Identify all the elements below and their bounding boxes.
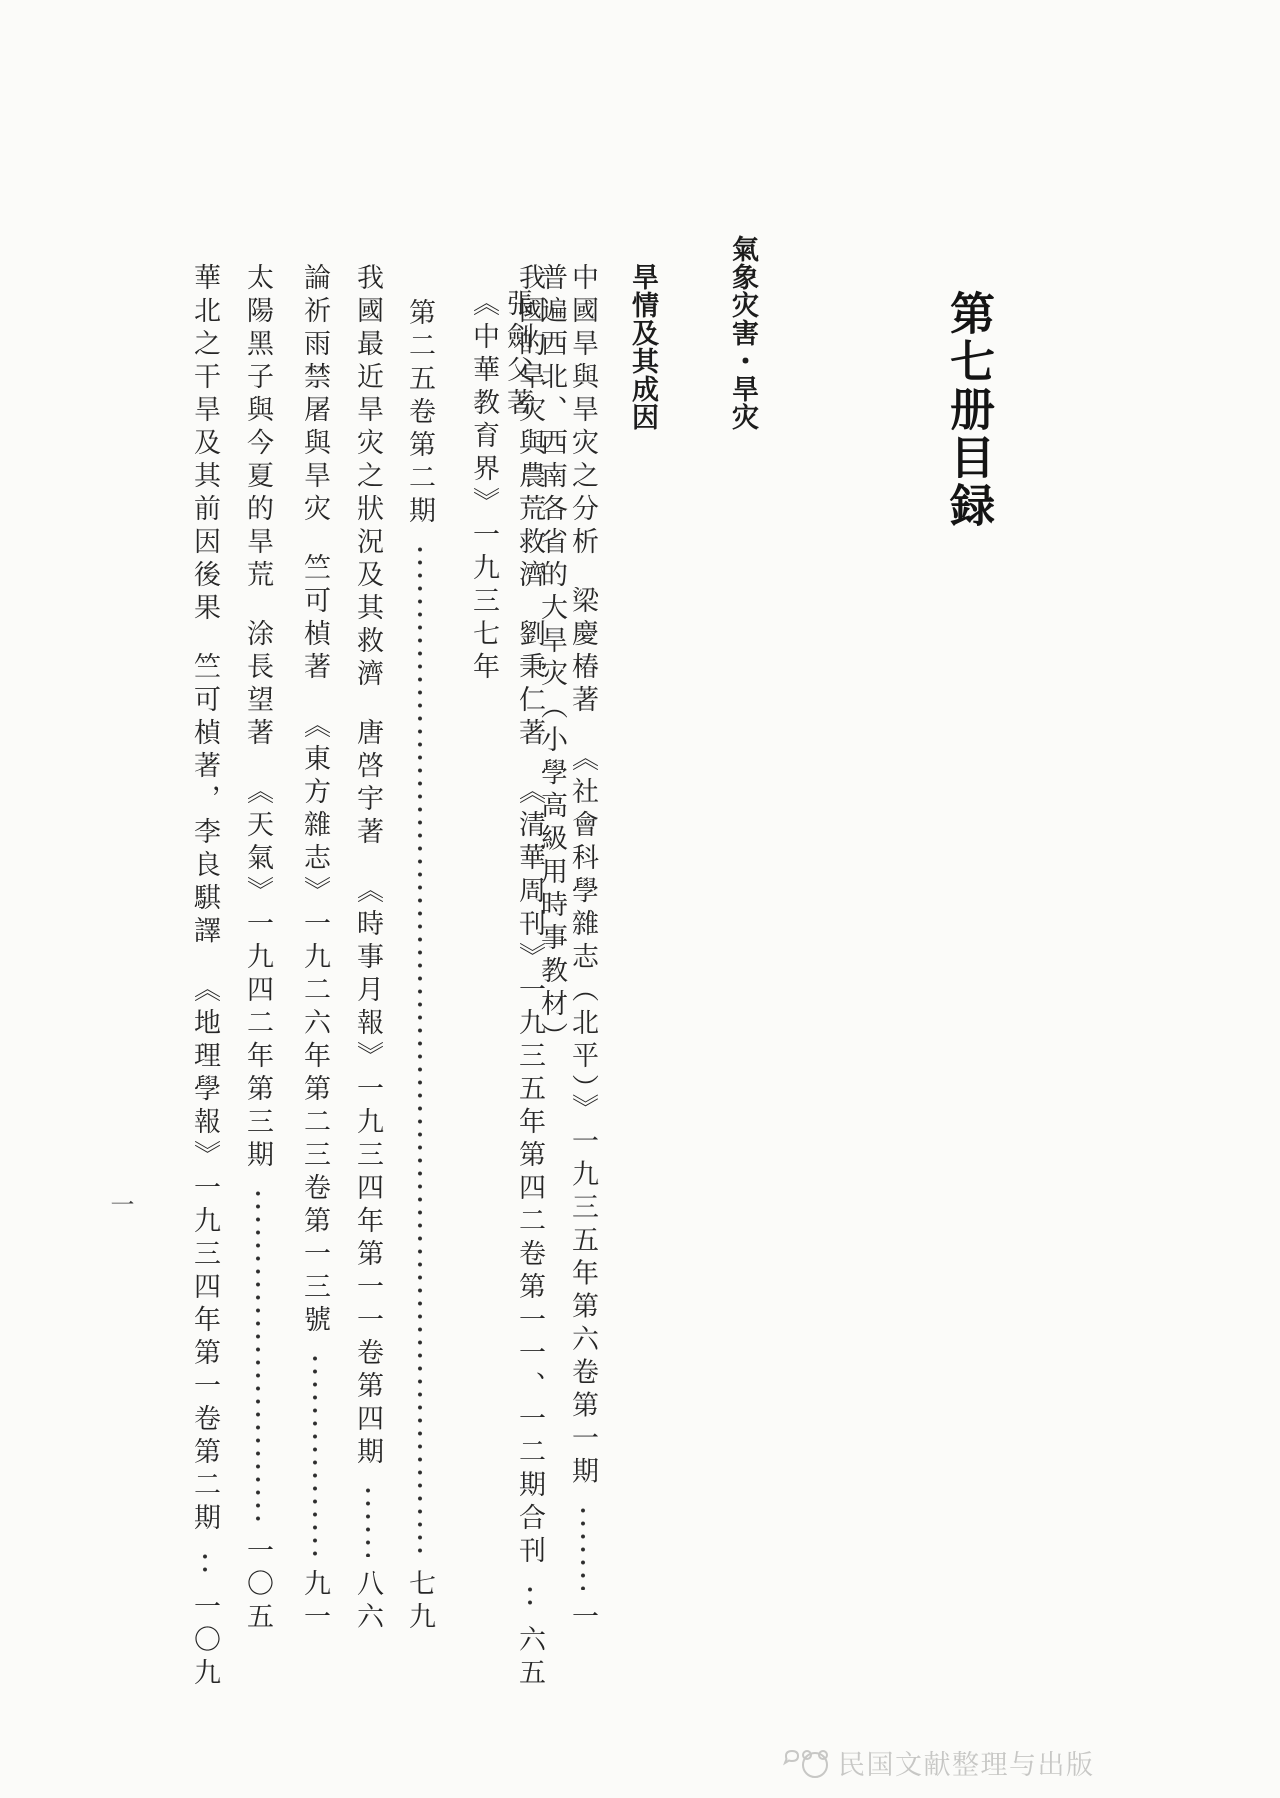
entry-source: 《中華教育界》一九三七年 — [467, 289, 501, 1055]
entry-page-number: 一〇五 — [241, 1536, 275, 1635]
toc-entry: 論祈雨禁屠與旱灾 竺可楨著 《東方雜志》一九二六年第二三卷第一三號 九一 — [298, 263, 332, 1635]
toc-entry: 太陽黑子與今夏的旱荒 涂長望著 《天氣》一九四二年第三期 一〇五 — [241, 263, 275, 1635]
entry-page-number: 六五 — [513, 1625, 547, 1691]
panda-speech-bubble-icon — [782, 1746, 830, 1780]
entry-author: 竺可楨著，李良騏譯 — [188, 652, 222, 949]
dot-leader — [403, 543, 437, 1557]
dot-leader — [188, 1550, 222, 1580]
dot-leader — [566, 1504, 600, 1591]
entry-page-number: 八六 — [351, 1569, 385, 1635]
entry-author: 涂長望著 — [241, 619, 275, 751]
entry-author: 張劍父著 — [501, 289, 535, 1055]
folio-page-number: 一 — [102, 1192, 137, 1218]
entry-author: 唐啓宇著 — [351, 718, 385, 850]
entry-title: 中國旱與旱灾之分析 — [566, 263, 600, 560]
subsection-header: 旱情及其成因 — [625, 263, 659, 431]
dot-leader — [241, 1187, 275, 1524]
entry-page-number: 七九 — [403, 1569, 437, 1635]
publisher-watermark: 民国文献整理与出版 — [782, 1743, 1095, 1782]
entry-title: 普遍西北、西南各省的大旱灾（小學高級用時事教材） — [535, 263, 569, 1055]
entry-page-number: 九一 — [298, 1569, 332, 1635]
toc-entry: 我國最近旱灾之狀況及其救濟 唐啓宇著 《時事月報》一九三四年第一一卷第四期 八六 — [351, 263, 385, 1635]
entry-title: 太陽黑子與今夏的旱荒 — [241, 263, 275, 593]
dot-leader — [298, 1352, 332, 1557]
entry-source: 《社會科學雜志（北平）》一九三五年第六卷第一期 — [566, 744, 600, 1490]
entry-title: 華北之干旱及其前因後果 — [188, 263, 222, 626]
section-header: 氣象灾害・旱灾 — [725, 235, 759, 431]
toc-entry-continuation: 第二五卷第二期 七九 — [403, 298, 437, 1635]
toc-entry: 華北之干旱及其前因後果 竺可楨著，李良騏譯 《地理學報》一九三四年第一卷第二期 … — [188, 263, 222, 1635]
entry-page-number: 一〇九 — [188, 1592, 222, 1691]
entry-source: 《時事月報》一九三四年第一一卷第四期 — [351, 876, 385, 1470]
entry-author: 竺可楨著 — [298, 553, 332, 685]
entry-source: 《天氣》一九四二年第三期 — [241, 777, 275, 1173]
entry-source: 《地理學報》一九三四年第一卷第二期 — [188, 975, 222, 1536]
entry-author: 梁慶椿著 — [566, 586, 600, 718]
dot-leader — [513, 1583, 547, 1613]
entry-page-number: 一 — [566, 1602, 600, 1635]
publisher-watermark-text: 民国文献整理与出版 — [838, 1743, 1095, 1782]
entry-source: 《東方雜志》一九二六年第二三卷第一三號 — [298, 711, 332, 1338]
entry-title: 論祈雨禁屠與旱灾 — [298, 263, 332, 527]
toc-entry: 普遍西北、西南各省的大旱灾（小學高級用時事教材） 張劍父著 《中華教育界》一九三… — [467, 263, 569, 1055]
page-title: 第七册目録 — [941, 290, 995, 530]
entry-title: 我國最近旱灾之狀況及其救濟 — [351, 263, 385, 692]
dot-leader — [351, 1484, 385, 1557]
entry-source-continued: 第二五卷第二期 — [403, 298, 437, 529]
toc-entry: 中國旱與旱灾之分析 梁慶椿著 《社會科學雜志（北平）》一九三五年第六卷第一期 一 — [566, 263, 600, 1635]
